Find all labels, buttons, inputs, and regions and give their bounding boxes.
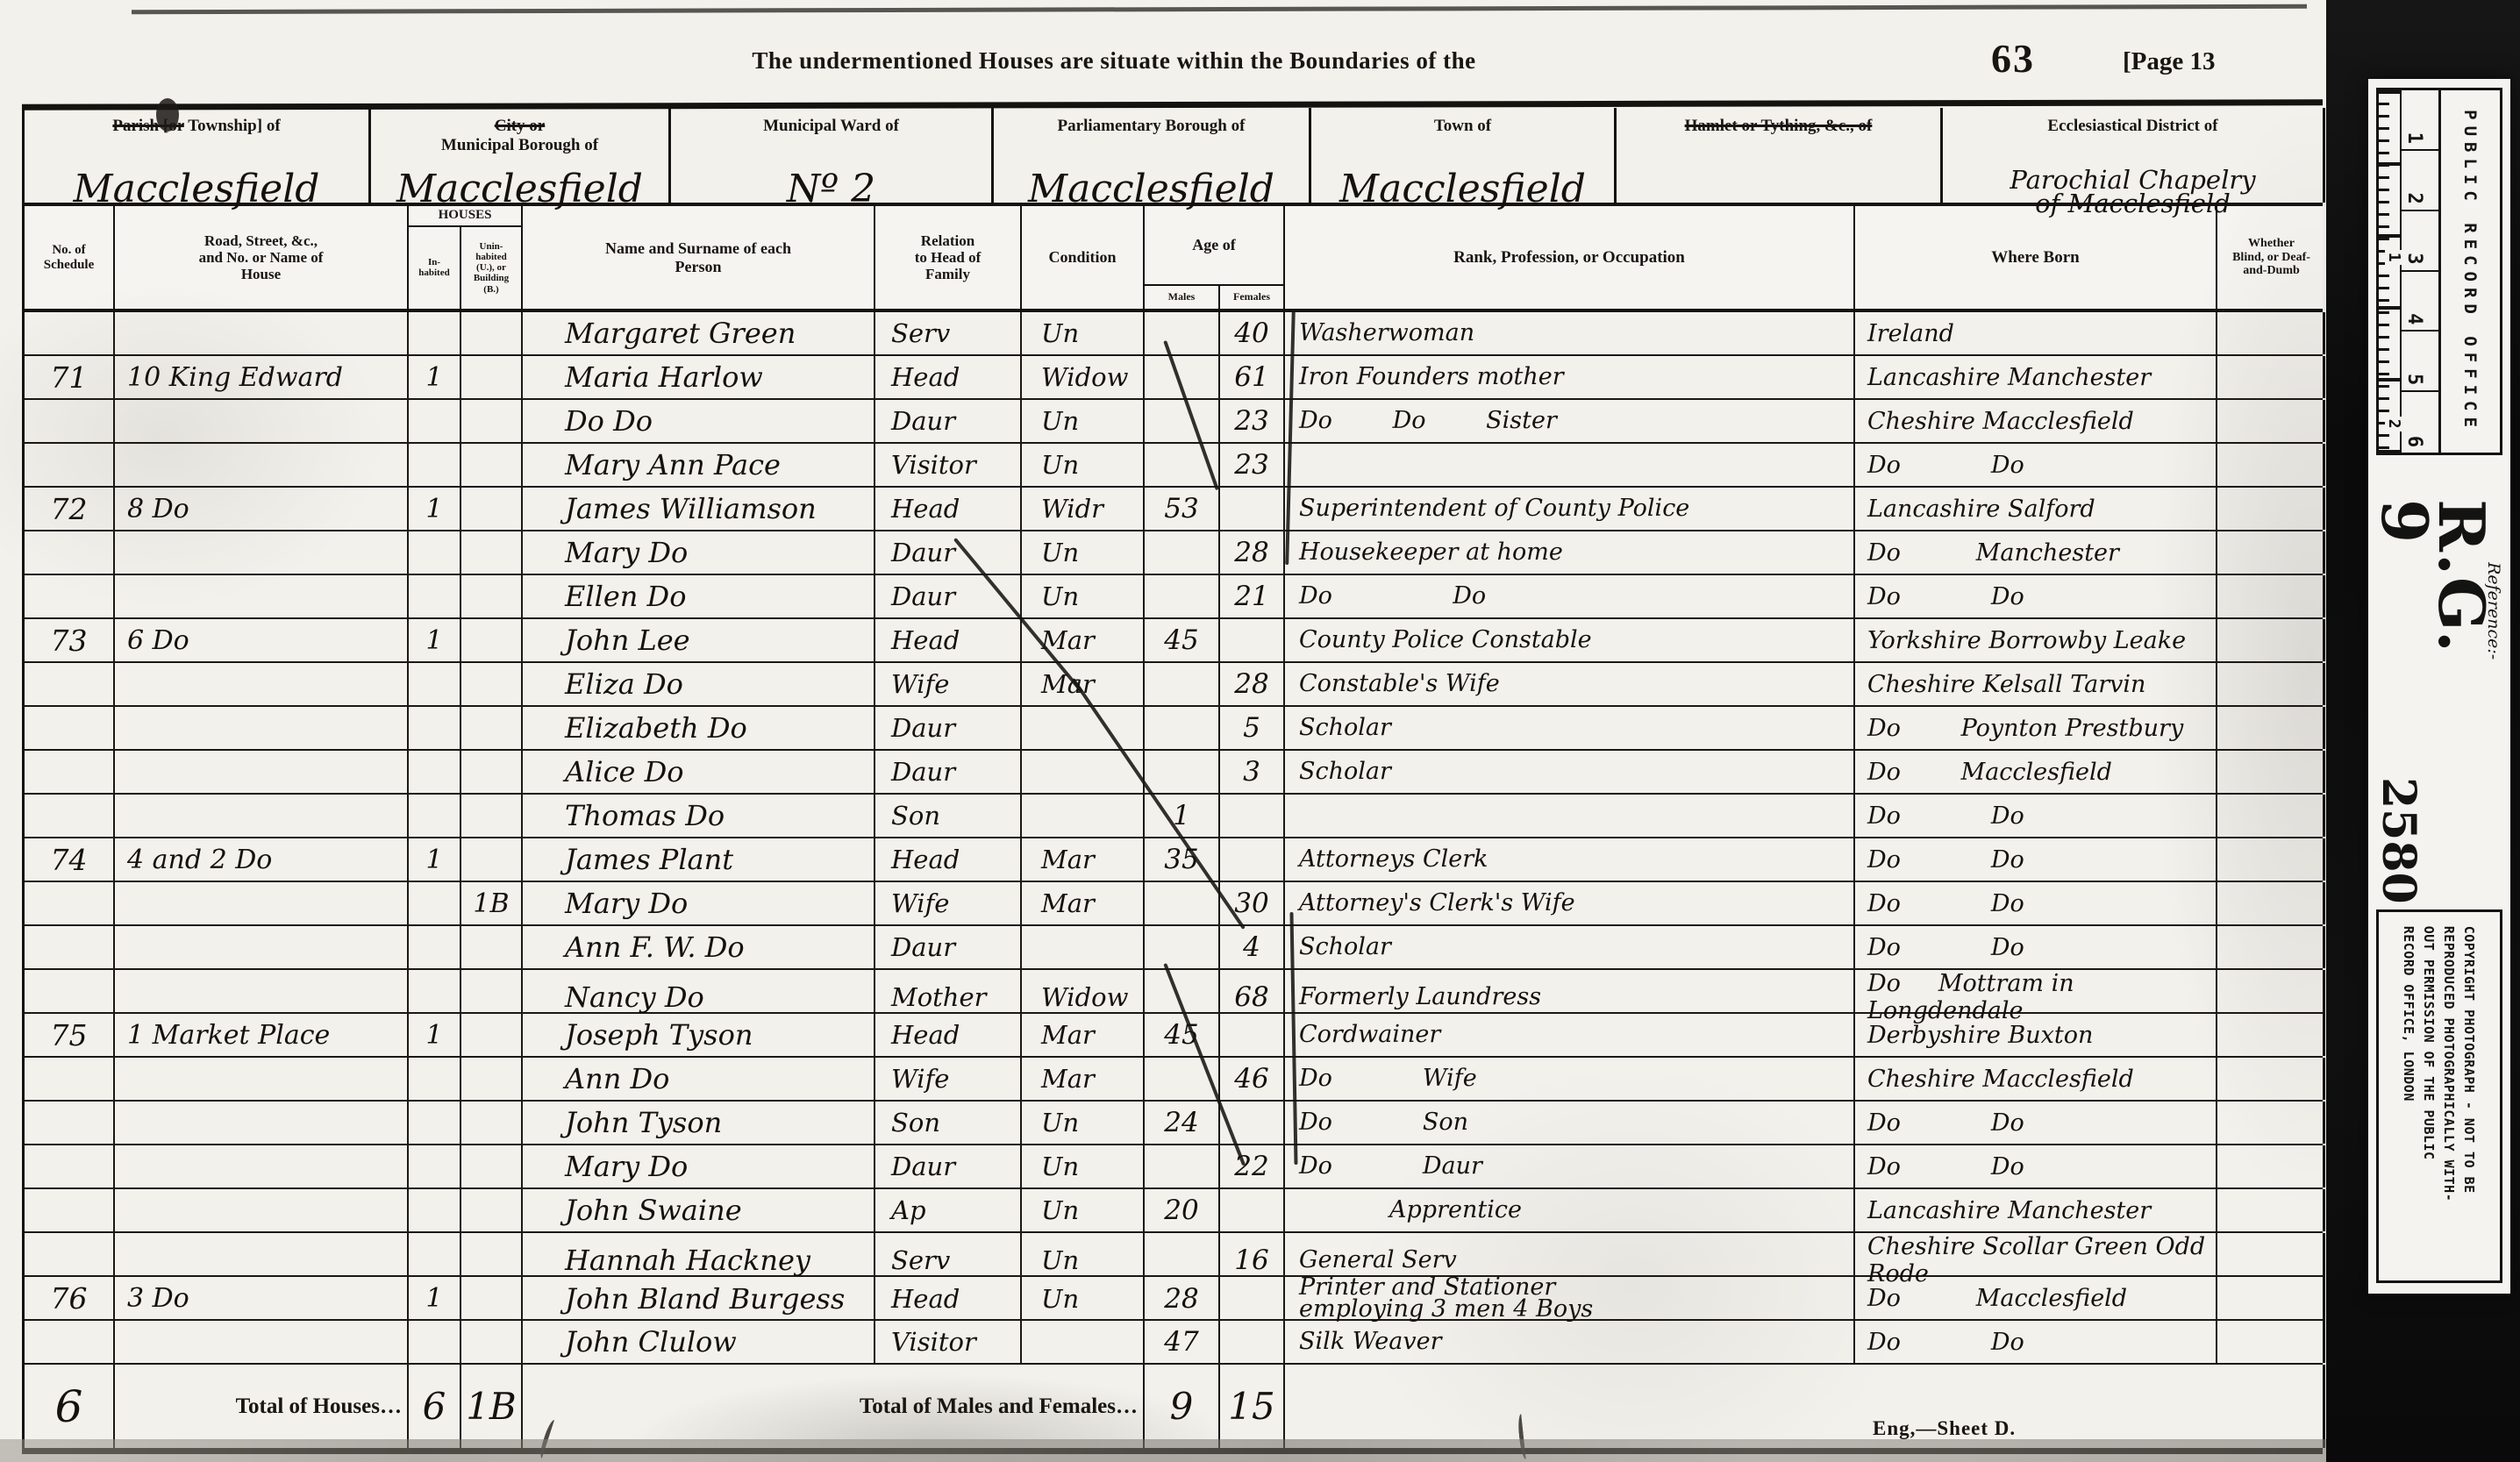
- occupation-cell: Do Daur: [1285, 1145, 1855, 1187]
- total-males-females-label: Total of Males and Females…: [523, 1365, 1145, 1448]
- houses-inhabited-cell: [409, 882, 461, 924]
- district-box-hamlet: Hamlet or Tything, &c., of: [1617, 108, 1943, 203]
- age-female-cell: 3: [1220, 751, 1285, 793]
- page-number-label: [Page 13: [2123, 47, 2216, 76]
- relation-cell: Daur: [875, 926, 1022, 968]
- table-row: 71 10 King Edward 1 Maria Harlow Head Wi…: [25, 356, 2323, 400]
- age-male-cell: [1145, 575, 1220, 617]
- table-row: 75 1 Market Place 1 Joseph Tyson Head Ma…: [25, 1014, 2323, 1058]
- person-name-cell: Mary Do: [523, 1145, 875, 1187]
- schedule-number-cell: [25, 707, 115, 749]
- col-header-relation: Relation to Head of Family: [875, 206, 1022, 309]
- houses-inhabited-cell: 1: [409, 1014, 461, 1056]
- houses-inhabited-cell: [409, 1102, 461, 1144]
- houses-uninhabited-cell: [461, 707, 523, 749]
- blind-deaf-cell: [2217, 1058, 2325, 1100]
- occupation-cell: Cordwainer: [1285, 1014, 1855, 1056]
- age-male-cell: [1145, 1058, 1220, 1100]
- where-born-cell: Do Macclesfield: [1855, 1277, 2217, 1321]
- age-group-title: Age of: [1145, 206, 1283, 284]
- schedule-number-cell: [25, 882, 115, 924]
- blind-deaf-cell: [2217, 882, 2325, 924]
- road-street-cell: [115, 531, 409, 574]
- condition-cell: Un: [1022, 400, 1145, 442]
- where-born-cell: Yorkshire Borrowby Leake: [1855, 619, 2217, 661]
- table-row: Mary Do Daur Un 28 Housekeeper at home D…: [25, 531, 2323, 575]
- district-value-handwritten: Macclesfield: [25, 171, 368, 208]
- table-row: Thomas Do Son 1 Do Do: [25, 795, 2323, 838]
- age-female-cell: 21: [1220, 575, 1285, 617]
- scan-bottom-smudge: [0, 1439, 2333, 1462]
- houses-inhabited-cell: 1: [409, 356, 461, 398]
- person-name-cell: James Williamson: [523, 488, 875, 530]
- age-female-cell: [1220, 1277, 1285, 1321]
- age-female-cell: 5: [1220, 707, 1285, 749]
- blind-deaf-cell: [2217, 1102, 2325, 1144]
- relation-cell: Head: [875, 619, 1022, 661]
- copyright-line: REPRODUCED PHOTOGRAPHICALLY WITH-: [2442, 926, 2458, 1266]
- relation-cell: Daur: [875, 1145, 1022, 1187]
- district-box-borough: City orMunicipal Borough of Macclesfield: [371, 108, 671, 203]
- schedule-number-cell: [25, 795, 115, 837]
- where-born-cell: Do Do: [1855, 1145, 2217, 1187]
- houses-subheaders: In- habited Unin- habited (U.), or Build…: [409, 227, 521, 309]
- houses-uninhabited-cell: [461, 838, 523, 881]
- houses-uninhabited-cell: [461, 1145, 523, 1187]
- copyright-line: RECORD OFFICE, LONDON: [2402, 926, 2417, 1266]
- houses-uninhabited-cell: [461, 356, 523, 398]
- condition-cell: Un: [1022, 575, 1145, 617]
- age-female-cell: 23: [1220, 400, 1285, 442]
- person-name-cell: Mary Ann Pace: [523, 444, 875, 486]
- col-header-blind-deaf: Whether Blind, or Deaf- and-Dumb: [2217, 206, 2325, 309]
- schedule-number-cell: [25, 400, 115, 442]
- houses-uninhabited-cell: [461, 663, 523, 705]
- age-female-cell: 61: [1220, 356, 1285, 398]
- col-header-where-born: Where Born: [1855, 206, 2217, 309]
- condition-cell: Un: [1022, 531, 1145, 574]
- schedule-number-cell: [25, 312, 115, 354]
- relation-cell: Son: [875, 1102, 1022, 1144]
- road-street-cell: 8 Do: [115, 488, 409, 530]
- person-name-cell: James Plant: [523, 838, 875, 881]
- age-female-cell: [1220, 488, 1285, 530]
- table-row: Elizabeth Do Daur 5 Scholar Do Poynton P…: [25, 707, 2323, 751]
- public-record-office-card: PUBLIC RECORD OFFICE 1 2 3 4 5 6 1 2 Ref…: [2368, 79, 2510, 1294]
- road-street-cell: [115, 312, 409, 354]
- road-street-cell: [115, 926, 409, 968]
- table-row: Ann F. W. Do Daur 4 Scholar Do Do: [25, 926, 2323, 970]
- relation-cell: Head: [875, 488, 1022, 530]
- road-street-cell: 10 King Edward: [115, 356, 409, 398]
- houses-uninhabited-cell: [461, 1321, 523, 1363]
- person-name-cell: John Lee: [523, 619, 875, 661]
- road-street-cell: 3 Do: [115, 1277, 409, 1321]
- where-born-cell: Lancashire Manchester: [1855, 356, 2217, 398]
- blind-deaf-cell: [2217, 1189, 2325, 1231]
- condition-cell: Un: [1022, 1277, 1145, 1321]
- occupation-cell: Printer and Stationer employing 3 men 4 …: [1285, 1277, 1855, 1321]
- col-header-name: Name and Surname of each Person: [523, 206, 875, 309]
- table-row: John Swaine Ap Un 20 Apprentice Lancashi…: [25, 1189, 2323, 1233]
- age-female-cell: 40: [1220, 312, 1285, 354]
- label-text: Municipal Borough of: [441, 136, 598, 154]
- occupation-cell: Scholar: [1285, 751, 1855, 793]
- condition-cell: [1022, 707, 1145, 749]
- age-female-cell: [1220, 838, 1285, 881]
- relation-cell: Daur: [875, 575, 1022, 617]
- road-street-cell: [115, 882, 409, 924]
- road-street-cell: [115, 1321, 409, 1363]
- relation-cell: Daur: [875, 707, 1022, 749]
- condition-cell: [1022, 795, 1145, 837]
- blind-deaf-cell: [2217, 619, 2325, 661]
- road-street-cell: 4 and 2 Do: [115, 838, 409, 881]
- schedule-number-cell: 76: [25, 1277, 115, 1321]
- age-male-cell: [1145, 531, 1220, 574]
- where-born-cell: Do Do: [1855, 1321, 2217, 1363]
- inch-number: 1: [2385, 250, 2403, 265]
- blind-deaf-cell: [2217, 531, 2325, 574]
- relation-cell: Serv: [875, 312, 1022, 354]
- where-born-cell: Do Do: [1855, 444, 2217, 486]
- where-born-cell: Do Do: [1855, 926, 2217, 968]
- district-label-struck: Hamlet or Tything, &c., of: [1617, 117, 1940, 136]
- occupation-cell: Scholar: [1285, 926, 1855, 968]
- table-row: 73 6 Do 1 John Lee Head Mar 45 County Po…: [25, 619, 2323, 663]
- census-form: Parish [or Township] of Macclesfield Cit…: [22, 102, 2323, 1454]
- occupation-cell: Apprentice: [1285, 1189, 1855, 1231]
- person-name-cell: Eliza Do: [523, 663, 875, 705]
- schedule-number-cell: [25, 1058, 115, 1100]
- census-scan-page: { "page": { "title_line": "The underment…: [0, 0, 2520, 1462]
- houses-uninhabited-cell: [461, 444, 523, 486]
- occupation-cell: Do Do: [1285, 575, 1855, 617]
- blind-deaf-cell: [2217, 488, 2325, 530]
- district-value-handwritten: Macclesfield: [371, 171, 668, 208]
- age-male-cell: 24: [1145, 1102, 1220, 1144]
- road-street-cell: 1 Market Place: [115, 1014, 409, 1056]
- condition-cell: Un: [1022, 1145, 1145, 1187]
- condition-cell: Un: [1022, 312, 1145, 354]
- condition-cell: Widr: [1022, 488, 1145, 530]
- houses-uninhabited-cell: [461, 926, 523, 968]
- age-subheaders: Males Females: [1145, 284, 1283, 309]
- where-born-cell: Do Manchester: [1855, 531, 2217, 574]
- condition-cell: Mar: [1022, 1058, 1145, 1100]
- occupation-cell: Scholar: [1285, 707, 1855, 749]
- relation-cell: Head: [875, 356, 1022, 398]
- age-male-cell: 1: [1145, 795, 1220, 837]
- condition-cell: Un: [1022, 1102, 1145, 1144]
- houses-inhabited-cell: [409, 575, 461, 617]
- district-box-town: Town of Macclesfield: [1311, 108, 1617, 203]
- inch-number: 2: [2385, 417, 2403, 431]
- where-born-cell: Derbyshire Buxton: [1855, 1014, 2217, 1056]
- blind-deaf-cell: [2217, 663, 2325, 705]
- age-male-cell: [1145, 707, 1220, 749]
- houses-inhabited-cell: 1: [409, 619, 461, 661]
- age-male-cell: 53: [1145, 488, 1220, 530]
- person-name-cell: John Swaine: [523, 1189, 875, 1231]
- houses-inhabited-cell: [409, 444, 461, 486]
- houses-uninhabited-cell: [461, 312, 523, 354]
- relation-cell: Son: [875, 795, 1022, 837]
- where-born-cell: Cheshire Macclesfield: [1855, 1058, 2217, 1100]
- col-header-condition: Condition: [1022, 206, 1145, 309]
- relation-cell: Head: [875, 1277, 1022, 1321]
- age-male-cell: [1145, 444, 1220, 486]
- blind-deaf-cell: [2217, 707, 2325, 749]
- blind-deaf-cell: [2217, 1145, 2325, 1187]
- district-value-handwritten: Macclesfield: [994, 171, 1309, 208]
- table-row: Ann Do Wife Mar 46 Do Wife Cheshire Macc…: [25, 1058, 2323, 1102]
- table-row: 72 8 Do 1 James Williamson Head Widr 53 …: [25, 488, 2323, 531]
- where-born-cell: Cheshire Kelsall Tarvin: [1855, 663, 2217, 705]
- road-street-cell: 6 Do: [115, 619, 409, 661]
- table-row: Mary Ann Pace Visitor Un 23 Do Do: [25, 444, 2323, 488]
- age-male-cell: [1145, 751, 1220, 793]
- age-female-cell: [1220, 1014, 1285, 1056]
- road-street-cell: [115, 751, 409, 793]
- person-name-cell: Margaret Green: [523, 312, 875, 354]
- col-header-females: Females: [1220, 286, 1283, 309]
- houses-inhabited-cell: [409, 795, 461, 837]
- district-box-parliamentary: Parliamentary Borough of Macclesfield: [994, 108, 1311, 203]
- where-born-cell: Lancashire Manchester: [1855, 1189, 2217, 1231]
- blind-deaf-cell: [2217, 575, 2325, 617]
- schedule-number-cell: [25, 1102, 115, 1144]
- table-row: 76 3 Do 1 John Bland Burgess Head Un 28 …: [25, 1277, 2323, 1321]
- age-male-cell: [1145, 312, 1220, 354]
- record-series-number: R.G. 9: [2375, 499, 2489, 654]
- schedule-number-cell: [25, 444, 115, 486]
- occupation-cell: Do Wife: [1285, 1058, 1855, 1100]
- table-row: Eliza Do Wife Mar 28 Constable's Wife Ch…: [25, 663, 2323, 707]
- blind-deaf-cell: [2217, 1014, 2325, 1056]
- houses-inhabited-cell: [409, 1145, 461, 1187]
- total-houses-inhabited: 6: [409, 1365, 461, 1448]
- road-street-cell: [115, 575, 409, 617]
- age-female-cell: [1220, 1189, 1285, 1231]
- total-of-houses-label: Total of Houses…: [115, 1365, 409, 1448]
- road-street-cell: [115, 1102, 409, 1144]
- condition-cell: [1022, 926, 1145, 968]
- copyright-line: OUT PERMISSION OF THE PUBLIC: [2422, 926, 2438, 1266]
- col-header-houses: HOUSES In- habited Unin- habited (U.), o…: [409, 206, 523, 309]
- schedule-number-cell: [25, 663, 115, 705]
- houses-uninhabited-cell: [461, 751, 523, 793]
- blind-deaf-cell: [2217, 1321, 2325, 1363]
- road-street-cell: [115, 795, 409, 837]
- houses-group-title: HOUSES: [409, 206, 521, 227]
- column-header-row: No. of Schedule Road, Street, &c., and N…: [22, 203, 2323, 312]
- ruler-number: 1: [2402, 90, 2438, 151]
- where-born-cell: Do Do: [1855, 838, 2217, 881]
- occupation-cell: Constable's Wife: [1285, 663, 1855, 705]
- total-females: 15: [1220, 1365, 1285, 1448]
- table-row: Mary Do Daur Un 22 Do Daur Do Do: [25, 1145, 2323, 1189]
- person-name-cell: Thomas Do: [523, 795, 875, 837]
- district-label: Parish [or Township] of: [25, 117, 368, 136]
- where-born-cell: Do Poynton Prestbury: [1855, 707, 2217, 749]
- table-row: Margaret Green Serv Un 40 Washerwoman Ir…: [25, 312, 2323, 356]
- occupation-cell: Attorneys Clerk: [1285, 838, 1855, 881]
- age-male-cell: [1145, 926, 1220, 968]
- age-female-cell: [1220, 619, 1285, 661]
- relation-cell: Head: [875, 1014, 1022, 1056]
- where-born-cell: Do Do: [1855, 575, 2217, 617]
- houses-inhabited-cell: [409, 707, 461, 749]
- condition-cell: Un: [1022, 444, 1145, 486]
- houses-inhabited-cell: [409, 531, 461, 574]
- where-born-cell: Cheshire Macclesfield: [1855, 400, 2217, 442]
- age-male-cell: 45: [1145, 1014, 1220, 1056]
- table-row: 1B Mary Do Wife Mar 30 Attorney's Clerk'…: [25, 882, 2323, 926]
- road-street-cell: [115, 1145, 409, 1187]
- relation-cell: Daur: [875, 400, 1022, 442]
- road-street-cell: [115, 663, 409, 705]
- blind-deaf-cell: [2217, 356, 2325, 398]
- copyright-line: COPYRIGHT PHOTOGRAPH - NOT TO BE: [2462, 926, 2478, 1266]
- houses-uninhabited-cell: [461, 575, 523, 617]
- ruler-number: 5: [2402, 332, 2438, 392]
- ruler-number: 6: [2402, 392, 2438, 453]
- age-male-cell: [1145, 1145, 1220, 1187]
- person-name-cell: Do Do: [523, 400, 875, 442]
- where-born-cell: Lancashire Salford: [1855, 488, 2217, 530]
- age-female-cell: 28: [1220, 663, 1285, 705]
- totals-blank-cell: [1285, 1365, 2325, 1448]
- copyright-notice: COPYRIGHT PHOTOGRAPH - NOT TO BE REPRODU…: [2376, 909, 2502, 1283]
- district-label: City orMunicipal Borough of: [371, 117, 668, 155]
- ruler-number: 3: [2402, 211, 2438, 272]
- age-male-cell: [1145, 663, 1220, 705]
- road-street-cell: [115, 707, 409, 749]
- col-header-schedule: No. of Schedule: [25, 206, 115, 309]
- houses-uninhabited-cell: [461, 1014, 523, 1056]
- houses-uninhabited-cell: [461, 795, 523, 837]
- person-name-cell: Mary Do: [523, 531, 875, 574]
- scan-edge-line: [132, 4, 2307, 14]
- condition-cell: Widow: [1022, 356, 1145, 398]
- district-box-ecclesiastical: Ecclesiastical District of Parochial Cha…: [1943, 108, 2325, 203]
- relation-cell: Visitor: [875, 1321, 1022, 1363]
- district-label: Ecclesiastical District of: [1943, 117, 2323, 136]
- occupation-cell: Do Do Sister: [1285, 400, 1855, 442]
- age-male-cell: [1145, 356, 1220, 398]
- total-houses-uninhabited: 1B: [461, 1365, 523, 1448]
- occupation-cell: [1285, 795, 1855, 837]
- schedule-number-cell: [25, 531, 115, 574]
- blind-deaf-cell: [2217, 1277, 2325, 1321]
- blind-deaf-cell: [2217, 751, 2325, 793]
- totals-schedule-value: 6: [25, 1365, 115, 1448]
- age-female-cell: 28: [1220, 531, 1285, 574]
- schedule-number-cell: 71: [25, 356, 115, 398]
- schedule-number-cell: 73: [25, 619, 115, 661]
- condition-cell: Mar: [1022, 663, 1145, 705]
- age-female-cell: 4: [1220, 926, 1285, 968]
- blind-deaf-cell: [2217, 444, 2325, 486]
- condition-cell: Un: [1022, 1189, 1145, 1231]
- relation-cell: Wife: [875, 1058, 1022, 1100]
- houses-uninhabited-cell: 1B: [461, 882, 523, 924]
- schedule-number-cell: [25, 1189, 115, 1231]
- reference-ruler: PUBLIC RECORD OFFICE 1 2 3 4 5 6 1 2: [2376, 88, 2502, 455]
- relation-cell: Head: [875, 838, 1022, 881]
- table-row: Hannah Hackney Serv Un 16 General Serv C…: [25, 1233, 2323, 1277]
- where-born-cell: Do Do: [1855, 795, 2217, 837]
- occupation-cell: Attorney's Clerk's Wife: [1285, 882, 1855, 924]
- blind-deaf-cell: [2217, 795, 2325, 837]
- page-title: The undermentioned Houses are situate wi…: [53, 47, 2175, 75]
- district-label: Parliamentary Borough of: [994, 117, 1309, 136]
- houses-inhabited-cell: [409, 1058, 461, 1100]
- occupation-cell: Iron Founders mother: [1285, 356, 1855, 398]
- occupation-cell: County Police Constable: [1285, 619, 1855, 661]
- table-row: Do Do Daur Un 23 Do Do Sister Cheshire M…: [25, 400, 2323, 444]
- relation-cell: Daur: [875, 531, 1022, 574]
- houses-inhabited-cell: [409, 1321, 461, 1363]
- where-born-cell: Do Do: [1855, 882, 2217, 924]
- condition-cell: [1022, 1321, 1145, 1363]
- district-header-row: Parish [or Township] of Macclesfield Cit…: [22, 108, 2323, 203]
- relation-cell: Wife: [875, 882, 1022, 924]
- census-entries-table: Margaret Green Serv Un 40 Washerwoman Ir…: [22, 312, 2323, 1365]
- schedule-number-cell: [25, 1145, 115, 1187]
- ruler-ticks: 1 2: [2379, 90, 2402, 453]
- district-box-parish: Parish [or Township] of Macclesfield: [25, 108, 371, 203]
- age-male-cell: 45: [1145, 619, 1220, 661]
- houses-uninhabited-cell: [461, 488, 523, 530]
- relation-cell: Visitor: [875, 444, 1022, 486]
- blind-deaf-cell: [2217, 312, 2325, 354]
- public-record-office-title: PUBLIC RECORD OFFICE: [2441, 90, 2500, 453]
- houses-uninhabited-cell: [461, 1102, 523, 1144]
- sheet-imprint-label: Eng,—Sheet D.: [1873, 1417, 2016, 1440]
- district-label: Town of: [1311, 117, 1614, 136]
- occupation-cell: Housekeeper at home: [1285, 531, 1855, 574]
- table-row: Alice Do Daur 3 Scholar Do Macclesfield: [25, 751, 2323, 795]
- age-female-cell: [1220, 1102, 1285, 1144]
- houses-uninhabited-cell: [461, 1058, 523, 1100]
- occupation-cell: Washerwoman: [1285, 312, 1855, 354]
- col-header-males: Males: [1145, 286, 1220, 309]
- condition-cell: Mar: [1022, 619, 1145, 661]
- age-female-cell: 46: [1220, 1058, 1285, 1100]
- schedule-number-cell: 72: [25, 488, 115, 530]
- folio-number: 63: [1991, 35, 2035, 82]
- occupation-cell: Silk Weaver: [1285, 1321, 1855, 1363]
- occupation-cell: [1285, 444, 1855, 486]
- person-name-cell: Alice Do: [523, 751, 875, 793]
- age-female-cell: 30: [1220, 882, 1285, 924]
- age-female-cell: [1220, 795, 1285, 837]
- person-name-cell: Elizabeth Do: [523, 707, 875, 749]
- district-value-handwritten: Macclesfield: [1311, 171, 1614, 208]
- road-street-cell: [115, 444, 409, 486]
- schedule-number-cell: 74: [25, 838, 115, 881]
- table-row: Ellen Do Daur Un 21 Do Do Do Do: [25, 575, 2323, 619]
- scanned-census-sheet: The undermentioned Houses are situate wi…: [0, 0, 2333, 1462]
- road-street-cell: [115, 1058, 409, 1100]
- houses-inhabited-cell: 1: [409, 488, 461, 530]
- age-male-cell: 28: [1145, 1277, 1220, 1321]
- houses-uninhabited-cell: [461, 531, 523, 574]
- houses-uninhabited-cell: [461, 1189, 523, 1231]
- label-text: Township] of: [188, 117, 280, 135]
